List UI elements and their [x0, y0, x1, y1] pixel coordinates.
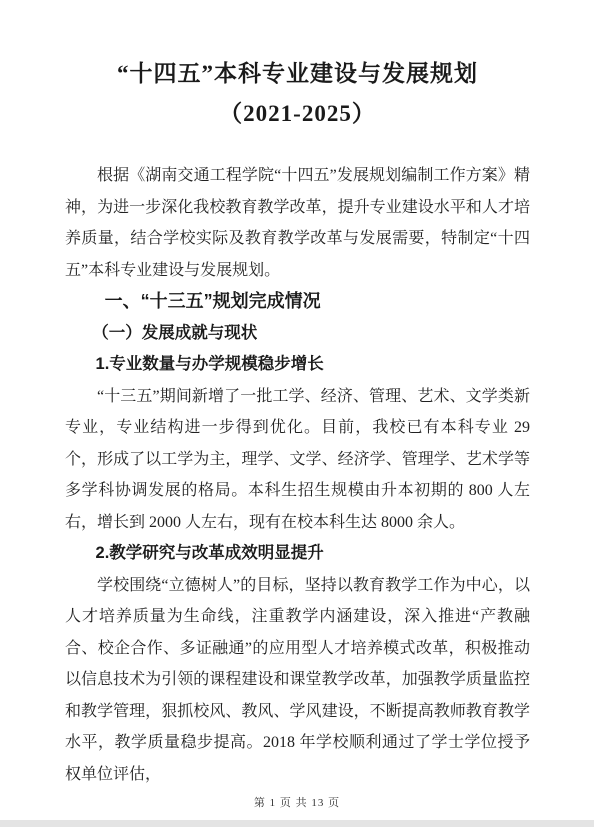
document-page: “十四五”本科专业建设与发展规划 （2021-2025） 根据《湖南交通工程学院…	[0, 0, 594, 830]
point-heading-2: 2.教学研究与改革成效明显提升	[65, 538, 530, 570]
document-title: “十四五”本科专业建设与发展规划 （2021-2025）	[65, 54, 530, 134]
intro-paragraph: 根据《湖南交通工程学院“十四五”发展规划编制工作方案》精神，为进一步深化我校教育…	[65, 160, 530, 286]
point-2-paragraph: 学校围绕“立德树人”的目标，坚持以教育教学工作为中心，以人才培养质量为生命线，注…	[65, 570, 530, 791]
document-title-line2: （2021-2025）	[65, 94, 530, 134]
document-content: “十四五”本科专业建设与发展规划 （2021-2025） 根据《湖南交通工程学院…	[0, 0, 594, 790]
page-bottom-divider	[0, 820, 594, 827]
section-heading-1: 一、“十三五”规划完成情况	[65, 286, 530, 318]
page-number-footer: 第 1 页 共 13 页	[0, 794, 594, 810]
subsection-heading-1-1: （一）发展成就与现状	[65, 318, 530, 350]
point-heading-1: 1.专业数量与办学规模稳步增长	[65, 349, 530, 381]
document-title-line1: “十四五”本科专业建设与发展规划	[65, 54, 530, 94]
point-1-paragraph: “十三五”期间新增了一批工学、经济、管理、艺术、文学类新专业，专业结构进一步得到…	[65, 381, 530, 539]
